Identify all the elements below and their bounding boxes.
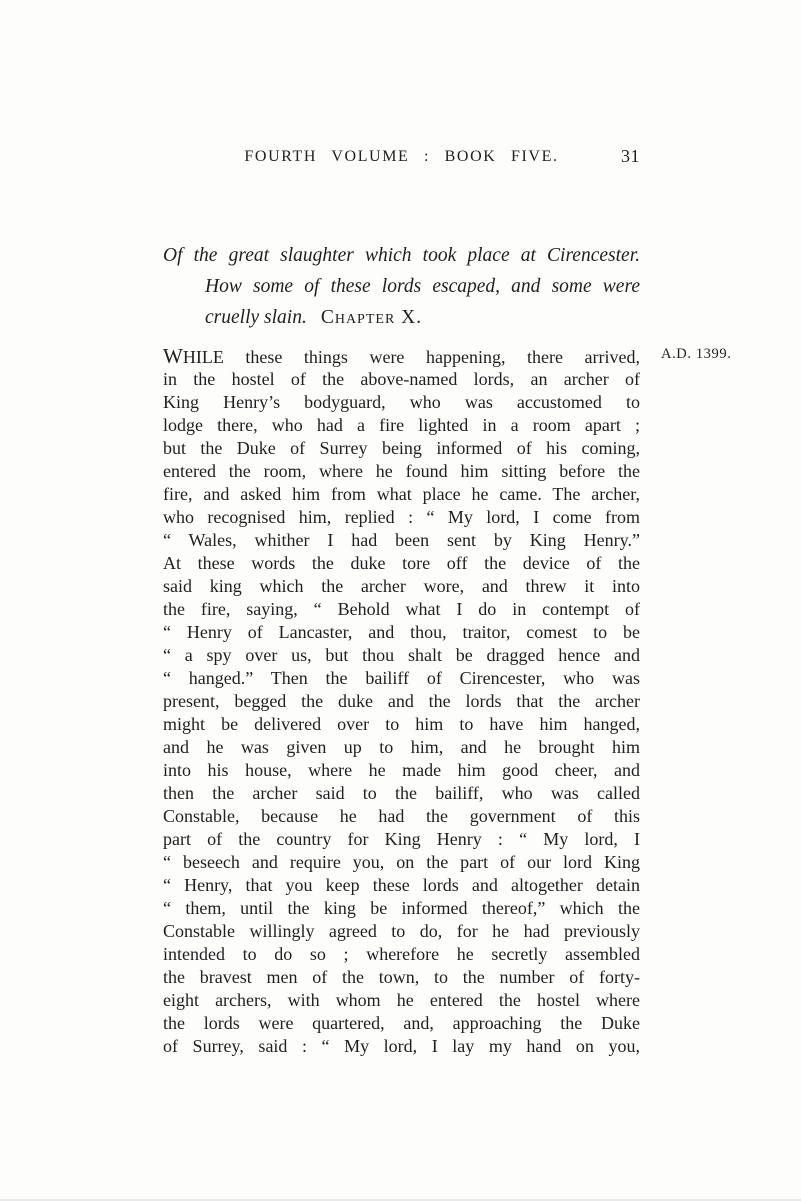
body-text-line: “ hanged.” Then the bailiff of Cirencest… — [163, 667, 640, 690]
body-text-line: said king which the archer wore, and thr… — [163, 575, 640, 598]
body-text-line: might be delivered over to him to have h… — [163, 713, 640, 736]
chapter-number-label: Chapter X. — [321, 307, 422, 328]
body-text-line: the bravest men of the town, to the numb… — [163, 966, 640, 989]
body-text-line: King Henry’s bodyguard, who was accustom… — [163, 391, 640, 414]
body-text-line: in the hostel of the above-named lords, … — [163, 368, 640, 391]
body-text-line: WHILE these things were happening, there… — [163, 345, 640, 368]
body-text-line: “ Henry, that you keep these lords and a… — [163, 874, 640, 897]
body-text-line: “ Henry of Lancaster, and thou, traitor,… — [163, 621, 640, 644]
body-text-line: “ Wales, whither I had been sent by King… — [163, 529, 640, 552]
chapter-heading-line-2: How some of these lords escaped, and som… — [163, 271, 640, 302]
body-text-line: into his house, where he made him good c… — [163, 759, 640, 782]
body-text-line: Constable willingly agreed to do, for he… — [163, 920, 640, 943]
body-text-line: of Surrey, said : “ My lord, I lay my ha… — [163, 1035, 640, 1058]
body-text-line: entered the room, where he found him sit… — [163, 460, 640, 483]
body-text-line: Constable, because he had the government… — [163, 805, 640, 828]
body-text-line: “ them, until the king be informed there… — [163, 897, 640, 920]
body-text-line: and he was given up to him, and he broug… — [163, 736, 640, 759]
margin-note-date: A.D. 1399. — [661, 346, 731, 363]
body-text-line: then the archer said to the bailiff, who… — [163, 782, 640, 805]
body-text-line: At these words the duke tore off the dev… — [163, 552, 640, 575]
chapter-heading-line-3: cruelly slain.Chapter X. — [163, 302, 640, 333]
page-number: 31 — [621, 146, 640, 167]
body-text-line: the fire, saying, “ Behold what I do in … — [163, 598, 640, 621]
running-header: FOURTH VOLUME : BOOK FIVE. 31 — [163, 148, 640, 166]
chapter-heading-line-3-italic: cruelly slain. — [205, 307, 307, 328]
body-text-line: eight archers, with whom he entered the … — [163, 989, 640, 1012]
book-page: FOURTH VOLUME : BOOK FIVE. 31 Of the gre… — [0, 0, 801, 1201]
body-text-line: present, begged the duke and the lords t… — [163, 690, 640, 713]
body-text-line: “ a spy over us, but thou shalt be dragg… — [163, 644, 640, 667]
body-text: WHILE these things were happening, there… — [163, 345, 640, 1058]
body-text-line: who recognised him, replied : “ My lord,… — [163, 506, 640, 529]
body-text-line: “ beseech and require you, on the part o… — [163, 851, 640, 874]
body-text-line: intended to do so ; wherefore he secretl… — [163, 943, 640, 966]
body-text-line: the lords were quartered, and, approachi… — [163, 1012, 640, 1035]
chapter-heading-line-1: Of the great slaughter which took place … — [163, 240, 640, 271]
chapter-heading: Of the great slaughter which took place … — [163, 240, 640, 333]
body-text-line: fire, and asked him from what place he c… — [163, 483, 640, 506]
body-text-line: part of the country for King Henry : “ M… — [163, 828, 640, 851]
body-text-line: but the Duke of Surrey being informed of… — [163, 437, 640, 460]
running-title: FOURTH VOLUME : BOOK FIVE. — [244, 148, 558, 165]
body-text-line: lodge there, who had a fire lighted in a… — [163, 414, 640, 437]
